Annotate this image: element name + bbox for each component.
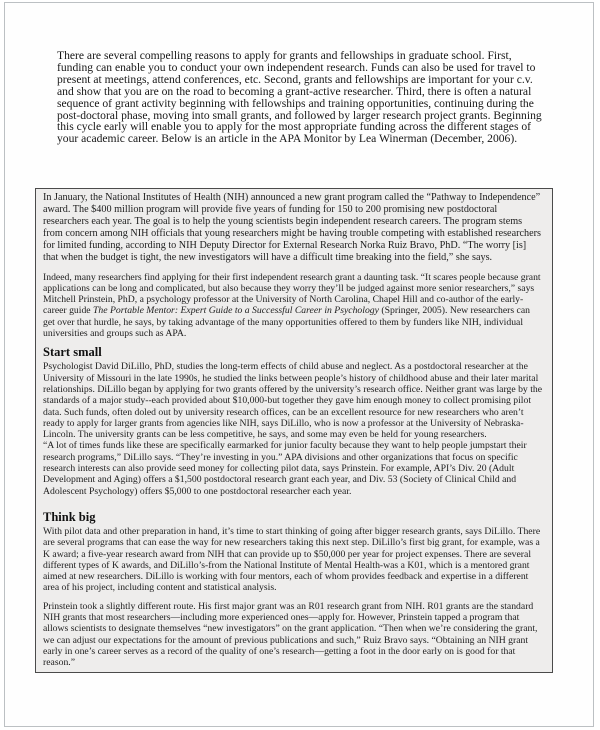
article-paragraph-seed-money: “A lot of times funds like these are spe…: [43, 440, 544, 496]
article-paragraph-daunting-task: Indeed, many researchers find applying f…: [43, 272, 544, 340]
article-paragraph-r01-grant: Prinstein took a slightly different rout…: [43, 601, 544, 669]
article-paragraph-dilillo-pilot-grants: Psychologist David DiLillo, PhD, studies…: [43, 361, 544, 440]
article-paragraph-k-award: With pilot data and other preparation in…: [43, 526, 544, 594]
article-box: In January, the National Institutes of H…: [35, 188, 553, 673]
book-title: The Portable Mentor: Expert Guide to a S…: [93, 305, 379, 316]
section-heading-think-big: Think big: [43, 511, 544, 524]
section-heading-start-small: Start small: [43, 346, 544, 359]
article-paragraph-nih-announcement: In January, the National Institutes of H…: [43, 192, 544, 265]
document-page: There are several compelling reasons to …: [4, 2, 594, 727]
intro-paragraph: There are several compelling reasons to …: [57, 50, 547, 145]
